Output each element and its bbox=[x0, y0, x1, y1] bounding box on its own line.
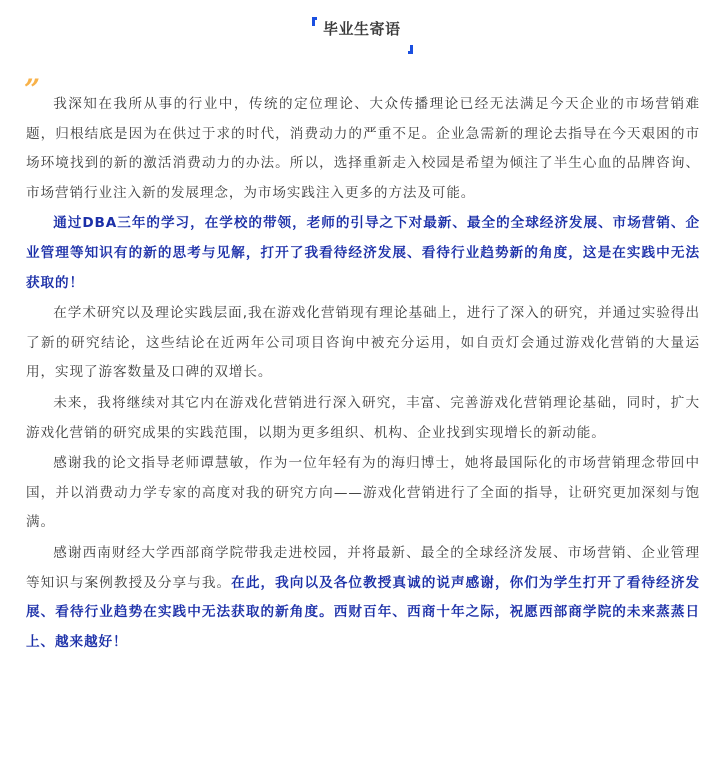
corner-bracket-close-icon bbox=[408, 45, 413, 54]
paragraph-5: 感谢我的论文指导老师谭慧敏，作为一位年轻有为的海归博士，她将最国际化的市场营销理… bbox=[26, 449, 700, 538]
graduate-message-article: 我深知在我所从事的行业中，传统的定位理论、大众传播理论已经无法满足今天企业的市场… bbox=[26, 90, 700, 658]
paragraph-text: 感谢我的论文指导老师谭慧敏，作为一位年轻有为的海归博士，她将最国际化的市场营销理… bbox=[26, 455, 700, 530]
section-title: 毕业生寄语 bbox=[323, 19, 401, 39]
section-header: 毕业生寄语 bbox=[0, 0, 724, 60]
paragraph-4: 未来，我将继续对其它内在游戏化营销进行深入研究，丰富、完善游戏化营销理论基础，同… bbox=[26, 389, 700, 448]
paragraph-6: 感谢西南财经大学西部商学院带我走进校园，并将最新、最全的全球经济发展、市场营销、… bbox=[26, 539, 700, 657]
highlighted-text: 通过DBA三年的学习，在学校的带领，老师的引导之下对最新、最全的全球经济发展、市… bbox=[26, 215, 700, 290]
paragraph-1: 我深知在我所从事的行业中，传统的定位理论、大众传播理论已经无法满足今天企业的市场… bbox=[26, 90, 700, 208]
paragraph-text: 在学术研究以及理论实践层面,我在游戏化营销现有理论基础上，进行了深入的研究，并通… bbox=[26, 305, 700, 380]
paragraph-text: 我深知在我所从事的行业中，传统的定位理论、大众传播理论已经无法满足今天企业的市场… bbox=[26, 96, 700, 201]
corner-bracket-open-icon bbox=[312, 17, 317, 26]
paragraph-2: 通过DBA三年的学习，在学校的带领，老师的引导之下对最新、最全的全球经济发展、市… bbox=[26, 209, 700, 298]
paragraph-text: 未来，我将继续对其它内在游戏化营销进行深入研究，丰富、完善游戏化营销理论基础，同… bbox=[26, 395, 700, 441]
paragraph-3: 在学术研究以及理论实践层面,我在游戏化营销现有理论基础上，进行了深入的研究，并通… bbox=[26, 299, 700, 388]
